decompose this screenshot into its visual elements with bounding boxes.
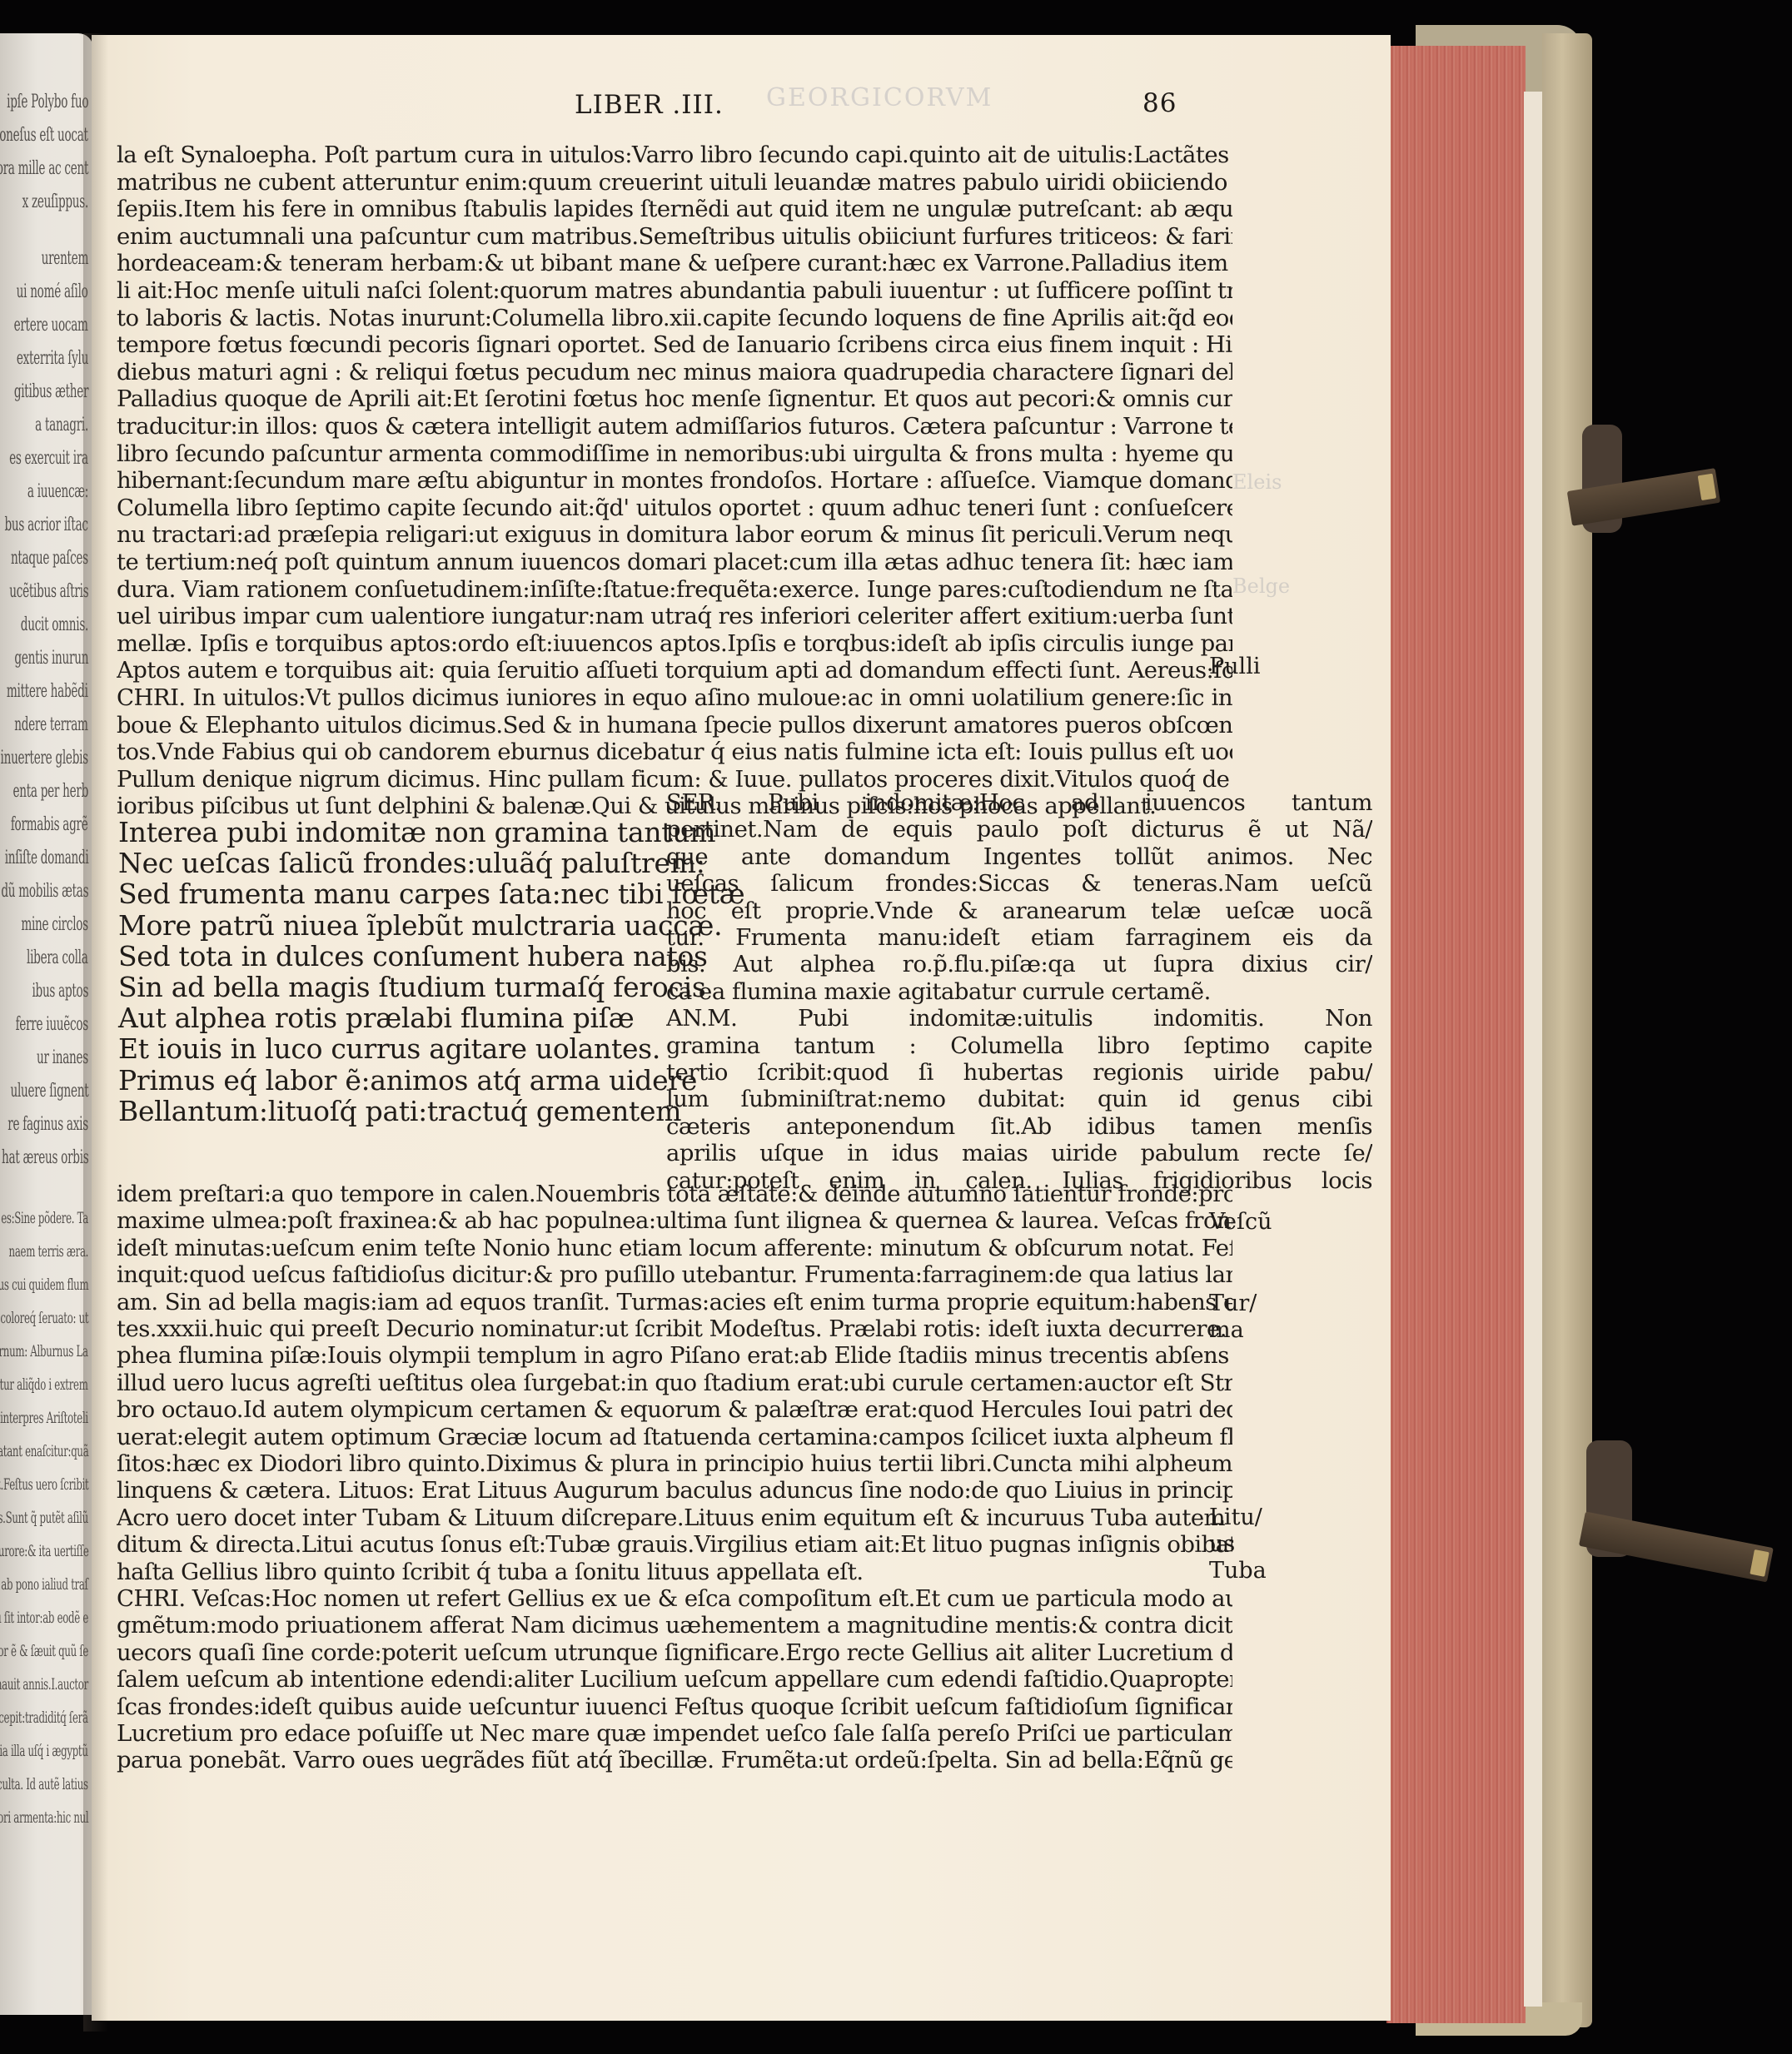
text-line: diebus maturi agni : & reliqui fœtus pec… bbox=[117, 359, 1232, 385]
text-line: parua ponebãt. Varro oues uegrãdes fiũt … bbox=[117, 1747, 1232, 1773]
left-page-fragment: ndere terram bbox=[15, 714, 88, 735]
left-page-fragment: exterrita ſylu bbox=[17, 348, 88, 369]
column-line: AN.M. Pubi indomitæ:uitulis indomitis. N… bbox=[666, 1005, 1372, 1032]
left-page-fragment: ducit omnis. bbox=[21, 614, 88, 635]
left-page-fragment: ora mille ac cent bbox=[0, 158, 88, 179]
text-line: hibernant:ſecundum mare æſtu abiguntur i… bbox=[117, 467, 1232, 494]
verse-line: Aut alphea rotis prælabi flumina piſæ bbox=[118, 1002, 634, 1034]
verse-line: Sin ad bella magis ſtudium turmaſq́ fero… bbox=[118, 971, 705, 1003]
left-page-fragment: ipſe Polybo fuo bbox=[7, 92, 88, 112]
left-page-fragment: o accepit:tradiditq́ ſerã bbox=[0, 1708, 88, 1727]
verse-line: Sed tota in dulces conſument hubera nato… bbox=[118, 940, 708, 972]
left-page-fragment: . Pecori armenta:hic nul bbox=[0, 1808, 88, 1827]
left-page-fragment: o a furore:& ita uertiſſe bbox=[0, 1542, 88, 1560]
text-line: ditum & directa.Litui acutus ſonus eſt:T… bbox=[117, 1531, 1232, 1558]
text-line: Pullum denique nigrum dicimus. Hinc pull… bbox=[117, 766, 1232, 793]
left-page-fragment: ſeſſior ẽ & ſæuit quũ ſe bbox=[0, 1642, 88, 1660]
left-page-fragment: ibus aptos bbox=[32, 981, 88, 1002]
column-line: tur. Frumenta manu:ideſt etiam farragine… bbox=[666, 924, 1372, 951]
text-line: illud uero lucus agreſti ueſtitus olea ſ… bbox=[117, 1370, 1232, 1396]
text-line: te tertium:neq́ poſt quintum annum iuuen… bbox=[117, 549, 1232, 575]
left-page-fragment: bus acrior iſtac bbox=[5, 515, 88, 535]
text-line: uerat:elegit autem optimum Græciæ locum … bbox=[117, 1424, 1232, 1450]
margin-note-turma-1: Tur/ bbox=[1209, 1291, 1257, 1317]
text-line: tempore fœtus fœcundi pecoris ſignari op… bbox=[117, 331, 1232, 358]
margin-note-pulli: Pulli bbox=[1209, 654, 1260, 680]
left-page-fragment: oneſus eſt uocat bbox=[0, 125, 88, 146]
text-line: haſta Gellius libro quinto ſcribit q́ tu… bbox=[117, 1559, 1232, 1585]
text-line: tos.Vnde Fabius qui ob candorem eburnus … bbox=[117, 739, 1232, 765]
left-page-fragment: ernatant enaſcitur:quã bbox=[0, 1442, 88, 1460]
column-line: lum ſubminiſtrat:nemo dubitat: quin id g… bbox=[666, 1086, 1372, 1112]
text-line: Columella libro ſeptimo capite ſecundo a… bbox=[117, 495, 1232, 521]
margin-note-lituus-2: us bbox=[1209, 1531, 1235, 1558]
text-line: phea flumina piſæ:Iouis olympii templum … bbox=[117, 1342, 1232, 1369]
column-line: que ante domandum Ingentes tollũt animos… bbox=[666, 843, 1372, 870]
text-line: nu tractari:ad præſepia religari:ut exig… bbox=[117, 521, 1232, 548]
left-page-fragment: gentis inurun bbox=[14, 648, 88, 669]
left-page-fragment: gitibus æther bbox=[14, 381, 88, 402]
vellum-binding-spine-edge bbox=[1542, 33, 1592, 2027]
text-line: ideſt minutas:ueſcum enim teſte Nonio hu… bbox=[117, 1235, 1232, 1261]
text-line: tes.xxxii.huic qui preeſt Decurio nomina… bbox=[117, 1315, 1232, 1342]
left-page-fragment: a coloreq́ ſeruato: ut bbox=[0, 1309, 88, 1327]
running-head: LIBER .III. bbox=[575, 90, 724, 120]
text-line: uel uiribus impar cum ualentiore iungatu… bbox=[117, 603, 1232, 629]
column-line: aprilis uſque in idus maias uiride pabul… bbox=[666, 1140, 1372, 1166]
text-line: hordeaceam:& teneram herbam:& ut bibant … bbox=[117, 250, 1232, 276]
column-line: pertinet.Nam de equis paulo poſt dicturu… bbox=[666, 816, 1372, 843]
left-page-fragment: ntaque paſces bbox=[11, 548, 88, 569]
bleed-through-running-head: GEORGICORVM bbox=[766, 83, 993, 112]
text-line: Aptos autem e torquibus ait: quia ſeruit… bbox=[117, 657, 1232, 684]
left-page-fragment: ui nomé aſilo bbox=[17, 281, 88, 302]
text-line: ſitos:hæc ex Diodori libro quinto.Diximu… bbox=[117, 1450, 1232, 1477]
column-line: SER. Pubi indomitæ:Hoc ad iuuencos tantu… bbox=[666, 789, 1372, 816]
left-page-fragment: naem terris æra. bbox=[8, 1242, 88, 1261]
text-line: gmẽtum:modo priuationem afferat Nam dici… bbox=[117, 1612, 1232, 1639]
text-line: li ait:Hoc menſe uituli naſci ſolent:quo… bbox=[117, 277, 1232, 304]
text-line: uecors quaſi ſine corde:poterit ueſcum u… bbox=[117, 1639, 1232, 1666]
left-page-fragment: uluere ſignent bbox=[10, 1081, 88, 1102]
left-page-fragment: ferre iuuẽcos bbox=[16, 1014, 88, 1035]
bleed-through-margin-note: Eleis bbox=[1232, 470, 1282, 494]
left-page-fragment: ucẽtibus aſtris bbox=[9, 581, 88, 602]
margin-note-tuba: Tuba bbox=[1209, 1558, 1267, 1584]
column-line: hoc eſt proprie.Vnde & aranearum telæ ue… bbox=[666, 898, 1372, 924]
left-page-fragment: dũ mobilis ætas bbox=[1, 881, 88, 902]
column-line: tertio ſcribit:quod ſi hubertas regionis… bbox=[666, 1059, 1372, 1086]
left-page-fragment: us cui quidem flum bbox=[0, 1276, 88, 1294]
left-page-fragment: enta per herb bbox=[12, 781, 88, 802]
column-line: gramina tantum : Columella libro ſeptimo… bbox=[666, 1032, 1372, 1059]
left-page-fragment: es exercuit ira bbox=[9, 448, 88, 469]
text-line: enim auctumnali una paſcuntur cum matrib… bbox=[117, 223, 1232, 250]
left-page-fragment: hat æreus orbis bbox=[2, 1147, 88, 1168]
text-line: ſcas frondes:ideſt quibus auide ueſcuntu… bbox=[117, 1693, 1232, 1720]
left-page-fragment: nulos.Sunt q̃ putẽt aſilũ bbox=[0, 1509, 88, 1527]
left-facing-page: ipſe Polybo fuooneſus eſt uocatora mille… bbox=[0, 33, 93, 2015]
verse-line: Interea pubi indomitæ non gramina tantum bbox=[118, 816, 715, 848]
text-line: maxime ulmea:poſt fraxinea:& ab hac popu… bbox=[117, 1207, 1232, 1234]
text-line: dura. Viam rationem conſuetudinem:inſiſt… bbox=[117, 576, 1232, 603]
verse-line: Bellantum:lituoſq́ pati:tractuq́ gemente… bbox=[118, 1095, 681, 1127]
left-page-fragment: re faginus axis bbox=[7, 1114, 88, 1135]
left-page-fragment: s regnauit annis.I.auctor bbox=[0, 1675, 88, 1693]
verse-line: Et iouis in luco currus agitare uolantes… bbox=[118, 1032, 660, 1065]
column-line: bis. Aut alphea ro.p̃.flu.piſæ:qa ut ſup… bbox=[666, 951, 1372, 977]
clasp-strap-lower[interactable] bbox=[1579, 1511, 1774, 1582]
left-page-fragment: inſiſte domandi bbox=[4, 848, 88, 868]
left-page-fragment: x zeuſippus. bbox=[22, 191, 88, 212]
page-number: 86 bbox=[1142, 88, 1177, 118]
text-line: CHRI. In uitulos:Vt pullos dicimus iunio… bbox=[117, 684, 1232, 711]
column-line: ca ea flumina maxie agitabatur currule c… bbox=[666, 978, 1372, 1005]
text-line: ſalem ueſcum ab intentione edendi:aliter… bbox=[117, 1666, 1232, 1693]
endpaper-edge bbox=[1524, 92, 1542, 2007]
text-line: linquens & cætera. Lituos: Erat Lituus A… bbox=[117, 1477, 1232, 1504]
column-line: cæteris anteponendum ſit.Ab idibus tamen… bbox=[666, 1113, 1372, 1140]
text-line: mellæ. Ipſis e torquibus aptos:ordo eſt:… bbox=[117, 630, 1232, 657]
left-page-fragment: a tanagri. bbox=[35, 415, 88, 435]
left-page-fragment: ternia illa uſq́ i ægyptũ bbox=[0, 1742, 88, 1760]
text-line: libro ſecundo paſcuntur armenta commodiſ… bbox=[117, 440, 1232, 467]
text-line: idem preſtari:a quo tempore in calen.Nou… bbox=[117, 1181, 1232, 1207]
left-page-fragment: urentem bbox=[42, 248, 88, 269]
left-page-fragment: ertere uocam bbox=[14, 315, 88, 336]
text-line: inquit:quod ueſcus faſtidioſus dicitur:&… bbox=[117, 1261, 1232, 1288]
left-page-fragment: ẽ interpres Ariſtoteli bbox=[0, 1409, 88, 1427]
margin-note-lituus-1: Litu/ bbox=[1209, 1504, 1262, 1531]
verse-line: Primus eq́ labor ẽ:animos atq́ arma uide… bbox=[118, 1064, 697, 1097]
left-page-fragment: nẽs ab pono ialiud traſ bbox=[0, 1575, 88, 1594]
text-line: to laboris & lactis. Notas inurunt:Colum… bbox=[117, 305, 1232, 331]
text-line: CHRI. Veſcas:Hoc nomen ut refert Gellius… bbox=[117, 1585, 1232, 1612]
text-line: Acro uero docet inter Tubam & Lituum diſ… bbox=[117, 1504, 1232, 1531]
text-line: traducitur:in illos: quos & cætera intel… bbox=[117, 413, 1232, 440]
left-page-fragment: unt.Feſtus uero ſcribit bbox=[0, 1475, 88, 1494]
text-line: Palladius quoque de Aprili ait:Et ſeroti… bbox=[117, 385, 1232, 412]
verse-line: Nec ueſcas ſalicũ frondes:uluãq́ paluſtr… bbox=[118, 847, 705, 879]
left-page-fragment: es:Sine põdere. Ta bbox=[1, 1209, 88, 1227]
left-page-fragment: us cũ ſit intor:ab eodẽ e bbox=[0, 1609, 88, 1627]
text-line: bro octauo.Id autem olympicum certamen &… bbox=[117, 1396, 1232, 1423]
text-line: la eſt Synaloepha. Poſt partum cura in u… bbox=[117, 142, 1232, 168]
text-line: Lucretium pro edace poſuiſſe ut Nec mare… bbox=[117, 1720, 1232, 1747]
column-line: ueſcas ſalicum frondes:Siccas & teneras.… bbox=[666, 870, 1372, 897]
text-line: am. Sin ad bella magis:iam ad equos tran… bbox=[117, 1289, 1232, 1315]
left-page-fragment: libera colla bbox=[27, 947, 88, 968]
verse-line: Sed frumenta manu carpes ſata:nec tibi f… bbox=[118, 878, 744, 910]
clasp-tip-icon bbox=[1750, 1549, 1769, 1577]
margin-note-turma-2: ma bbox=[1209, 1317, 1244, 1344]
text-line: boue & Elephanto uitulos dicimus.Sed & i… bbox=[117, 712, 1232, 739]
left-page-fragment: urnum: Alburnus La bbox=[0, 1342, 88, 1360]
verse-line: More patrũ niuea ĩplebũt mulctraria uacc… bbox=[118, 909, 722, 942]
left-page-fragment: formabis agrẽ bbox=[11, 814, 88, 835]
left-page-fragment: inuertere glebis bbox=[1, 748, 88, 768]
gutter-shadow bbox=[83, 33, 108, 2032]
left-page-fragment: mittere habẽdi bbox=[7, 681, 88, 702]
margin-note-vescu: Veſcũ bbox=[1209, 1209, 1272, 1236]
left-page-fragment: ur inanes bbox=[37, 1047, 88, 1068]
text-line: matribus ne cubent atteruntur enim:quum … bbox=[117, 169, 1232, 196]
left-page-fragment: mine circlos bbox=[21, 914, 88, 935]
bleed-through-margin-note: Belge bbox=[1232, 574, 1290, 598]
left-page-fragment: ntur aliq̃do i extrem bbox=[0, 1375, 88, 1394]
clasp-tip-icon bbox=[1698, 474, 1716, 500]
left-page-fragment: p dea culta. Id autẽ latius bbox=[0, 1775, 88, 1793]
left-page-fragment: a iuuencæ: bbox=[27, 481, 88, 502]
red-stained-page-edges bbox=[1386, 46, 1526, 2023]
text-line: ſepiis.Item his fere in omnibus ſtabulis… bbox=[117, 196, 1232, 222]
